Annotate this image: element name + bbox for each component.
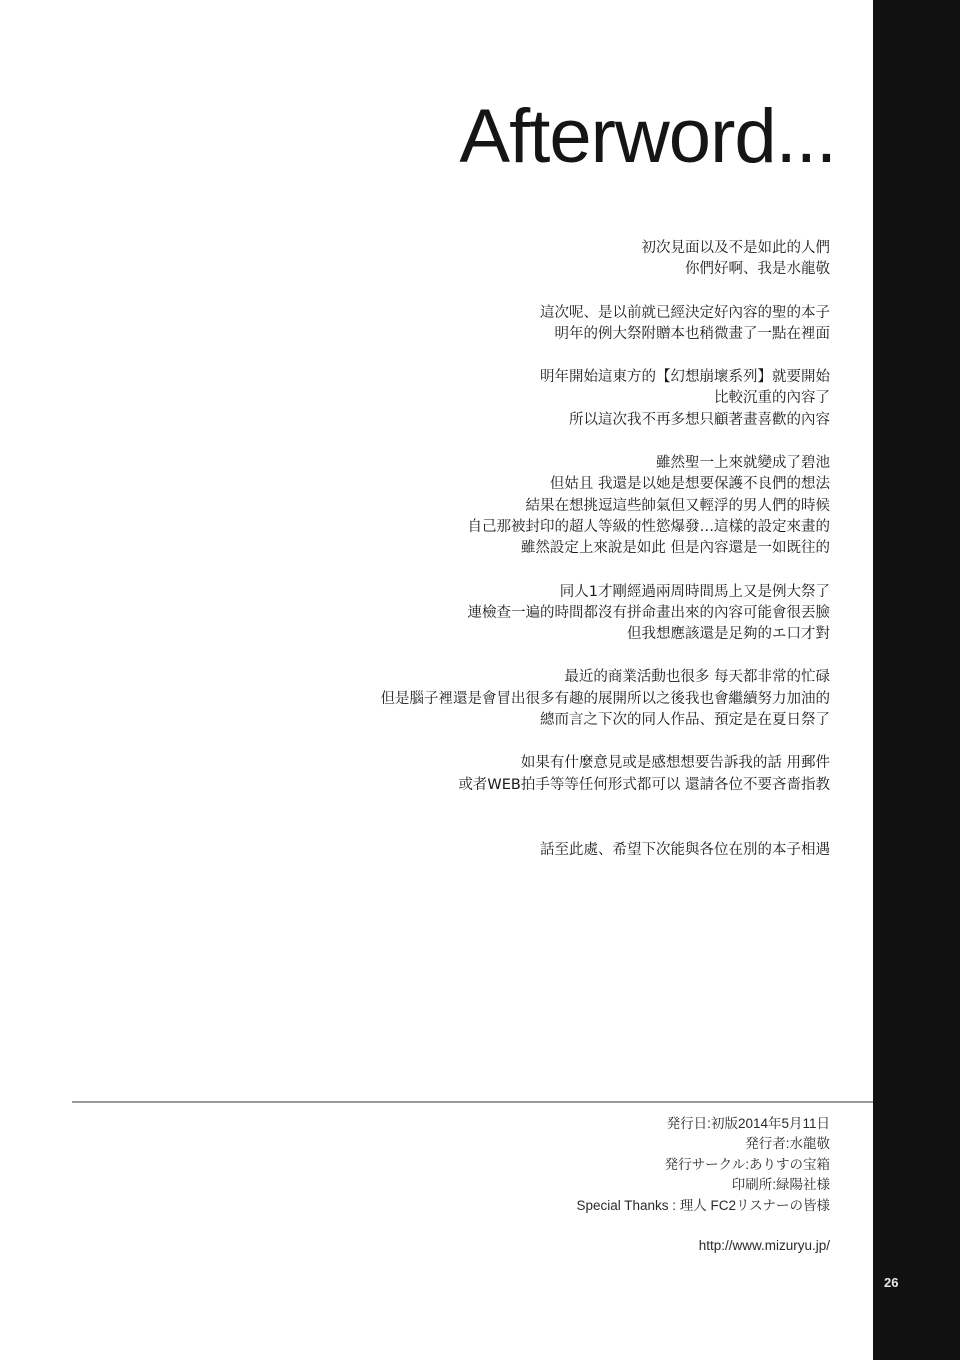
text-line: 初次見面以及不是如此的人們 (270, 238, 830, 259)
paragraph-activities: 最近的商業活動也很多 每天都非常的忙碌 但是腦子裡還是會冒出很多有趣的展開所以之… (270, 667, 830, 731)
text-line: 雖然設定上來說是如此 但是內容還是一如既往的 (270, 538, 830, 559)
paragraph-series: 明年開始這東方的【幻想崩壞系列】就要開始 比較沉重的內容了 所以這次我不再多想只… (270, 367, 830, 431)
text-line: 結果在想挑逗這些帥氣但又輕浮的男人們的時候 (270, 496, 830, 517)
publisher: 発行者:水龍敬 (576, 1134, 830, 1154)
text-line: 但姑且 我還是以她是想要保護不良們的想法 (270, 474, 830, 495)
text-line: 明年的例大祭附贈本也稍微畫了一點在裡面 (270, 324, 830, 345)
text-line: 同人1才剛經過兩周時間馬上又是例大祭了 (270, 582, 830, 603)
text-line: 連檢查一遍的時間都沒有拼命畫出來的內容可能會很丟臉 (270, 603, 830, 624)
text-line: 比較沉重的內容了 (270, 388, 830, 409)
paragraph-closing: 話至此處、希望下次能與各位在別的本子相遇 (270, 840, 830, 861)
text-line: 你們好啊、我是水龍敬 (270, 259, 830, 280)
text-line: 如果有什麼意見或是感想想要告訴我的話 用郵件 (270, 753, 830, 774)
paragraph-setting: 雖然聖一上來就變成了碧池 但姑且 我還是以她是想要保護不良們的想法 結果在想挑逗… (270, 453, 830, 559)
printer: 印刷所:緑陽社様 (576, 1175, 830, 1195)
publishing-circle: 発行サークル:ありすの宝箱 (576, 1155, 830, 1175)
paragraph-feedback: 如果有什麼意見或是感想想要告訴我的話 用郵件 或者WEB拍手等等任何形式都可以 … (270, 753, 830, 796)
text-line: 或者WEB拍手等等任何形式都可以 還請各位不要吝嗇指教 (270, 775, 830, 796)
text-line: 總而言之下次的同人作品、預定是在夏日祭了 (270, 710, 830, 731)
text-line: 話至此處、希望下次能與各位在別的本子相遇 (270, 840, 830, 861)
page-number: 26 (884, 1275, 914, 1290)
afterword-body: 初次見面以及不是如此的人們 你們好啊、我是水龍敬 這次呢、是以前就已經決定好內容… (270, 238, 830, 883)
text-line: 明年開始這東方的【幻想崩壞系列】就要開始 (270, 367, 830, 388)
publish-date: 発行日:初版2014年5月11日 (576, 1114, 830, 1134)
text-line: 最近的商業活動也很多 每天都非常的忙碌 (270, 667, 830, 688)
text-line: 自己那被封印的超人等級的性慾爆發…這樣的設定來畫的 (270, 517, 830, 538)
divider-line (72, 1101, 873, 1103)
paragraph-schedule: 同人1才剛經過兩周時間馬上又是例大祭了 連檢查一遍的時間都沒有拼命畫出來的內容可… (270, 582, 830, 646)
text-line: 這次呢、是以前就已經決定好內容的聖的本子 (270, 303, 830, 324)
website-url: http://www.mizuryu.jp/ (699, 1238, 830, 1253)
page-edge-bar (873, 0, 960, 1360)
text-line: 但是腦子裡還是會冒出很多有趣的展開所以之後我也會繼續努力加油的 (270, 689, 830, 710)
paragraph-this-book: 這次呢、是以前就已經決定好內容的聖的本子 明年的例大祭附贈本也稍微畫了一點在裡面 (270, 303, 830, 346)
special-thanks: Special Thanks : 理人 FC2リスナーの皆様 (576, 1196, 830, 1216)
text-line: 但我想應該還是足夠的エ口才對 (270, 624, 830, 645)
paragraph-greeting: 初次見面以及不是如此的人們 你們好啊、我是水龍敬 (270, 238, 830, 281)
page-title: Afterword... (459, 92, 836, 182)
text-line: 所以這次我不再多想只顧著畫喜歡的內容 (270, 410, 830, 431)
colophon: 発行日:初版2014年5月11日 発行者:水龍敬 発行サークル:ありすの宝箱 印… (576, 1114, 830, 1216)
text-line: 雖然聖一上來就變成了碧池 (270, 453, 830, 474)
